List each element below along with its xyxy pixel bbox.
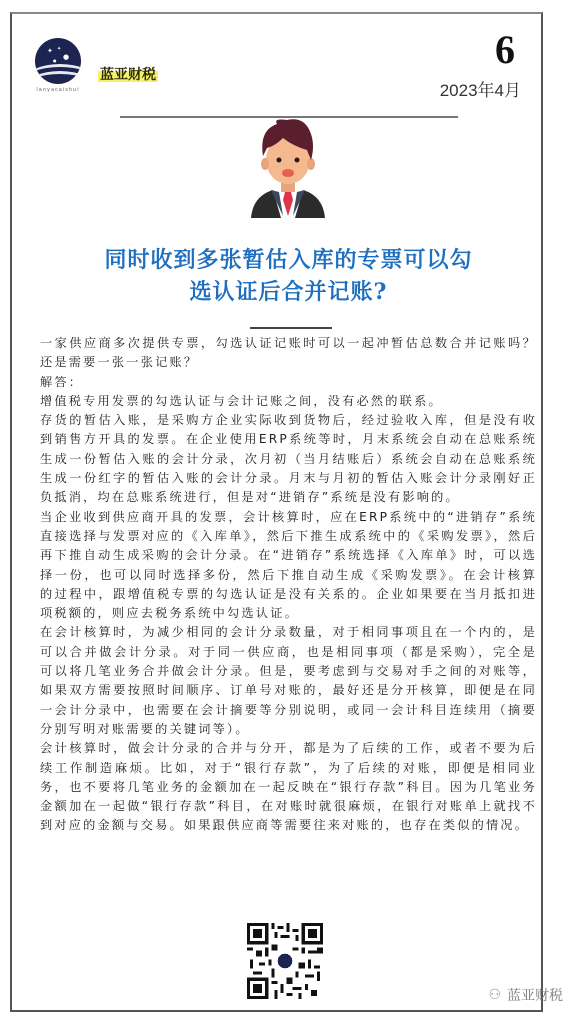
body-paragraph: 存货的暂估入账，是采购方企业实际收到货物后，经过验收入库，但是没有收到销售方开具… <box>40 411 537 507</box>
issue-number: 6 <box>495 30 515 70</box>
brand-name: 蓝亚财税 <box>98 64 158 84</box>
qr-code-icon[interactable] <box>247 923 323 999</box>
body-paragraph: 增值税专用发票的勾选认证与会计记账之间，没有必然的联系。 <box>40 392 537 411</box>
businessman-avatar-icon <box>243 116 333 218</box>
body-paragraph: 当企业收到供应商开具的发票，会计核算时，应在ERP系统中的“进销存”系统直接选择… <box>40 508 537 624</box>
issue-date: 2023年4月 <box>440 76 521 101</box>
logo: ✦ ✦ ● ● lanyacaishui <box>28 38 88 102</box>
article-body: 一家供应商多次提供专票，勾选认证记账时可以一起冲暂估总数合并记账吗？还是需要一张… <box>40 334 537 836</box>
article-title: 同时收到多张暂估入库的专票可以勾 选认证后合并记账? <box>40 244 537 308</box>
watermark: ⚇ 蓝亚财税 <box>488 985 563 1005</box>
watermark-text: 蓝亚财税 <box>507 985 563 1005</box>
title-divider <box>250 327 332 329</box>
logo-subtext: lanyacaishui <box>28 87 88 93</box>
answer-label: 解答： <box>40 373 537 392</box>
body-paragraph: 在会计核算时，为减少相同的会计分录数量，对于相同事项且在一个内的，是可以合并做会… <box>40 623 537 739</box>
title-line-1: 同时收到多张暂估入库的专票可以勾 <box>40 244 537 276</box>
question-paragraph: 一家供应商多次提供专票，勾选认证记账时可以一起冲暂估总数合并记账吗？还是需要一张… <box>40 334 537 373</box>
logo-globe-icon: ✦ ✦ ● ● <box>35 38 81 84</box>
wechat-icon: ⚇ <box>488 987 501 1003</box>
title-line-2: 选认证后合并记账? <box>40 276 537 308</box>
body-paragraph: 会计核算时，做会计分录的合并与分开，都是为了后续的工作，或者不要为后续工作制造麻… <box>40 739 537 835</box>
